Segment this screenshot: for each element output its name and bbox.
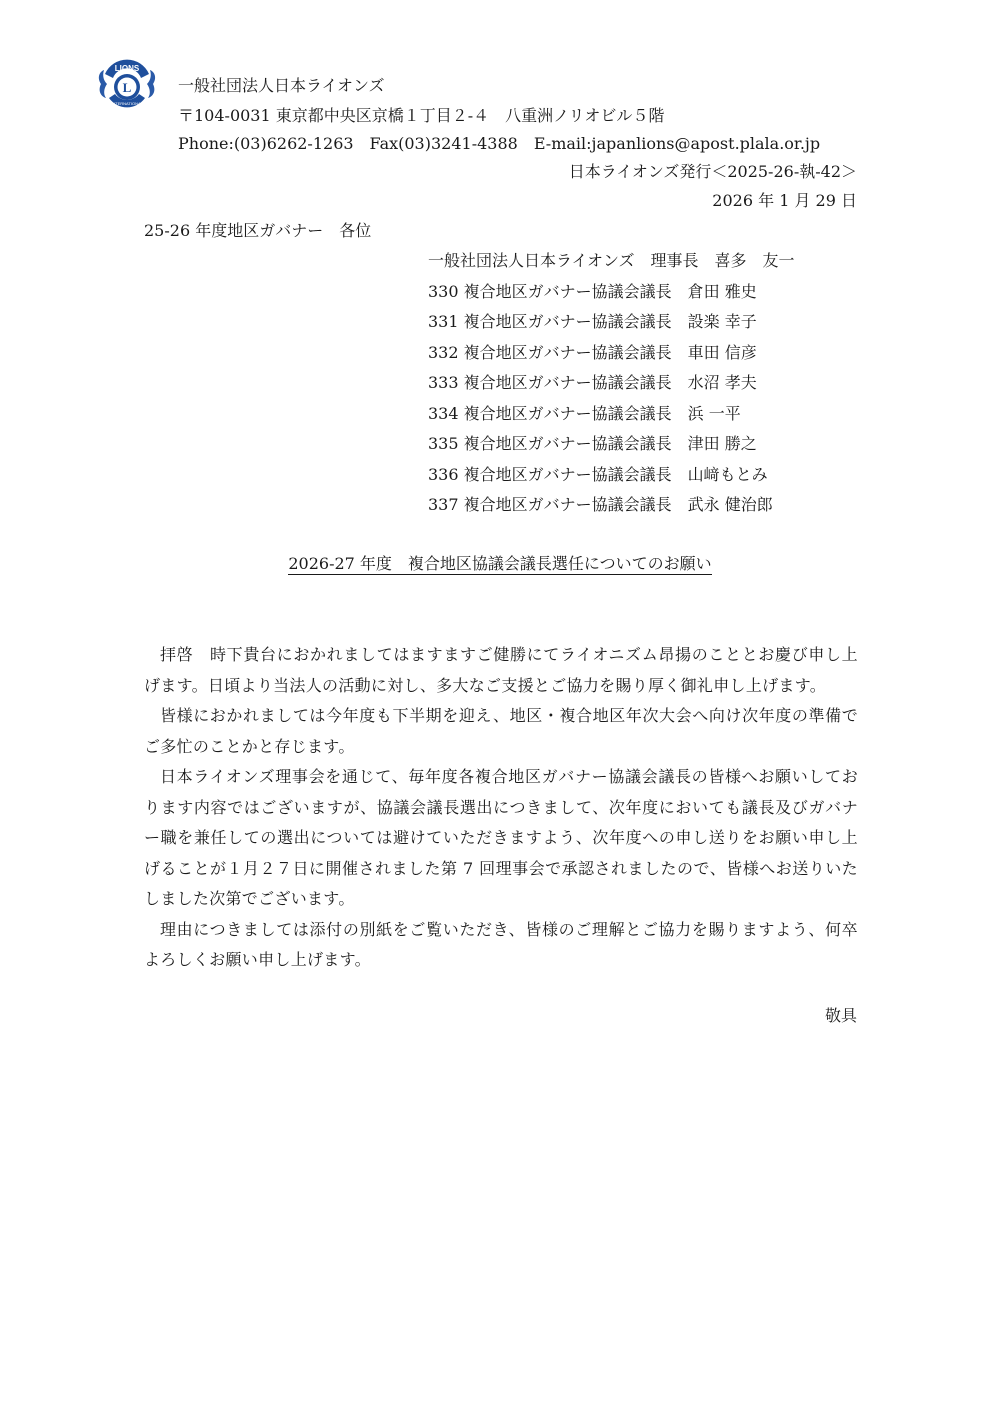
sender-line: 332 複合地区ガバナー協議会議長 車田 信彦 bbox=[428, 343, 795, 374]
organization-contact: Phone:(03)6262-1263 Fax(03)3241-4388 E-m… bbox=[178, 134, 820, 154]
issue-date: 2026 年 1 月 29 日 bbox=[712, 191, 857, 211]
sender-line: 334 複合地区ガバナー協議会議長 浜 一平 bbox=[428, 404, 795, 435]
body-paragraph: 理由につきましては添付の別紙をご覧いただき、皆様のご理解とご協力を賜りますよう、… bbox=[144, 915, 858, 976]
sender-line: 333 複合地区ガバナー協議会議長 水沼 孝夫 bbox=[428, 373, 795, 404]
body-paragraph: 拝啓 時下貴台におかれましてはますますご健勝にてライオニズム昂揚のこととお慶び申… bbox=[144, 640, 858, 701]
reference-number: 日本ライオンズ発行＜2025-26-執-42＞ bbox=[569, 162, 857, 182]
sender-line: 一般社団法人日本ライオンズ 理事長 喜多 友一 bbox=[428, 251, 795, 282]
organization-address: 〒104-0031 東京都中央区京橋１丁目２-４ 八重洲ノリオビル５階 bbox=[178, 106, 664, 126]
organization-name: 一般社団法人日本ライオンズ bbox=[178, 76, 385, 96]
body-paragraph: 皆様におかれましては今年度も下半期を迎え、地区・複合地区年次大会へ向け次年度の準… bbox=[144, 701, 858, 762]
sender-line: 331 複合地区ガバナー協議会議長 設楽 幸子 bbox=[428, 312, 795, 343]
body-paragraph: 日本ライオンズ理事会を通じて、毎年度各複合地区ガバナー協議会議長の皆様へお願いし… bbox=[144, 762, 858, 915]
svg-text:L: L bbox=[123, 80, 132, 95]
sender-line: 335 複合地区ガバナー協議会議長 津田 勝之 bbox=[428, 434, 795, 465]
sender-line: 336 複合地区ガバナー協議会議長 山﨑もとみ bbox=[428, 465, 795, 496]
sender-line: 337 複合地区ガバナー協議会議長 武永 健治郎 bbox=[428, 495, 795, 526]
sender-list: 一般社団法人日本ライオンズ 理事長 喜多 友一 330 複合地区ガバナー協議会議… bbox=[428, 251, 795, 526]
document-subject: 2026-27 年度 複合地区協議会議長選任についてのお願い bbox=[0, 554, 1000, 574]
addressee: 25-26 年度地区ガバナー 各位 bbox=[144, 221, 371, 241]
subject-text: 2026-27 年度 複合地区協議会議長選任についてのお願い bbox=[288, 554, 711, 575]
letter-body: 拝啓 時下貴台におかれましてはますますご健勝にてライオニズム昂揚のこととお慶び申… bbox=[144, 640, 858, 976]
sender-line: 330 複合地区ガバナー協議会議長 倉田 雅史 bbox=[428, 282, 795, 313]
lions-international-logo-icon: LIONS L INTERNATIONAL bbox=[95, 54, 159, 116]
svg-text:INTERNATIONAL: INTERNATIONAL bbox=[111, 101, 143, 106]
closing-phrase: 敬具 bbox=[825, 1006, 857, 1026]
svg-text:LIONS: LIONS bbox=[115, 64, 140, 73]
